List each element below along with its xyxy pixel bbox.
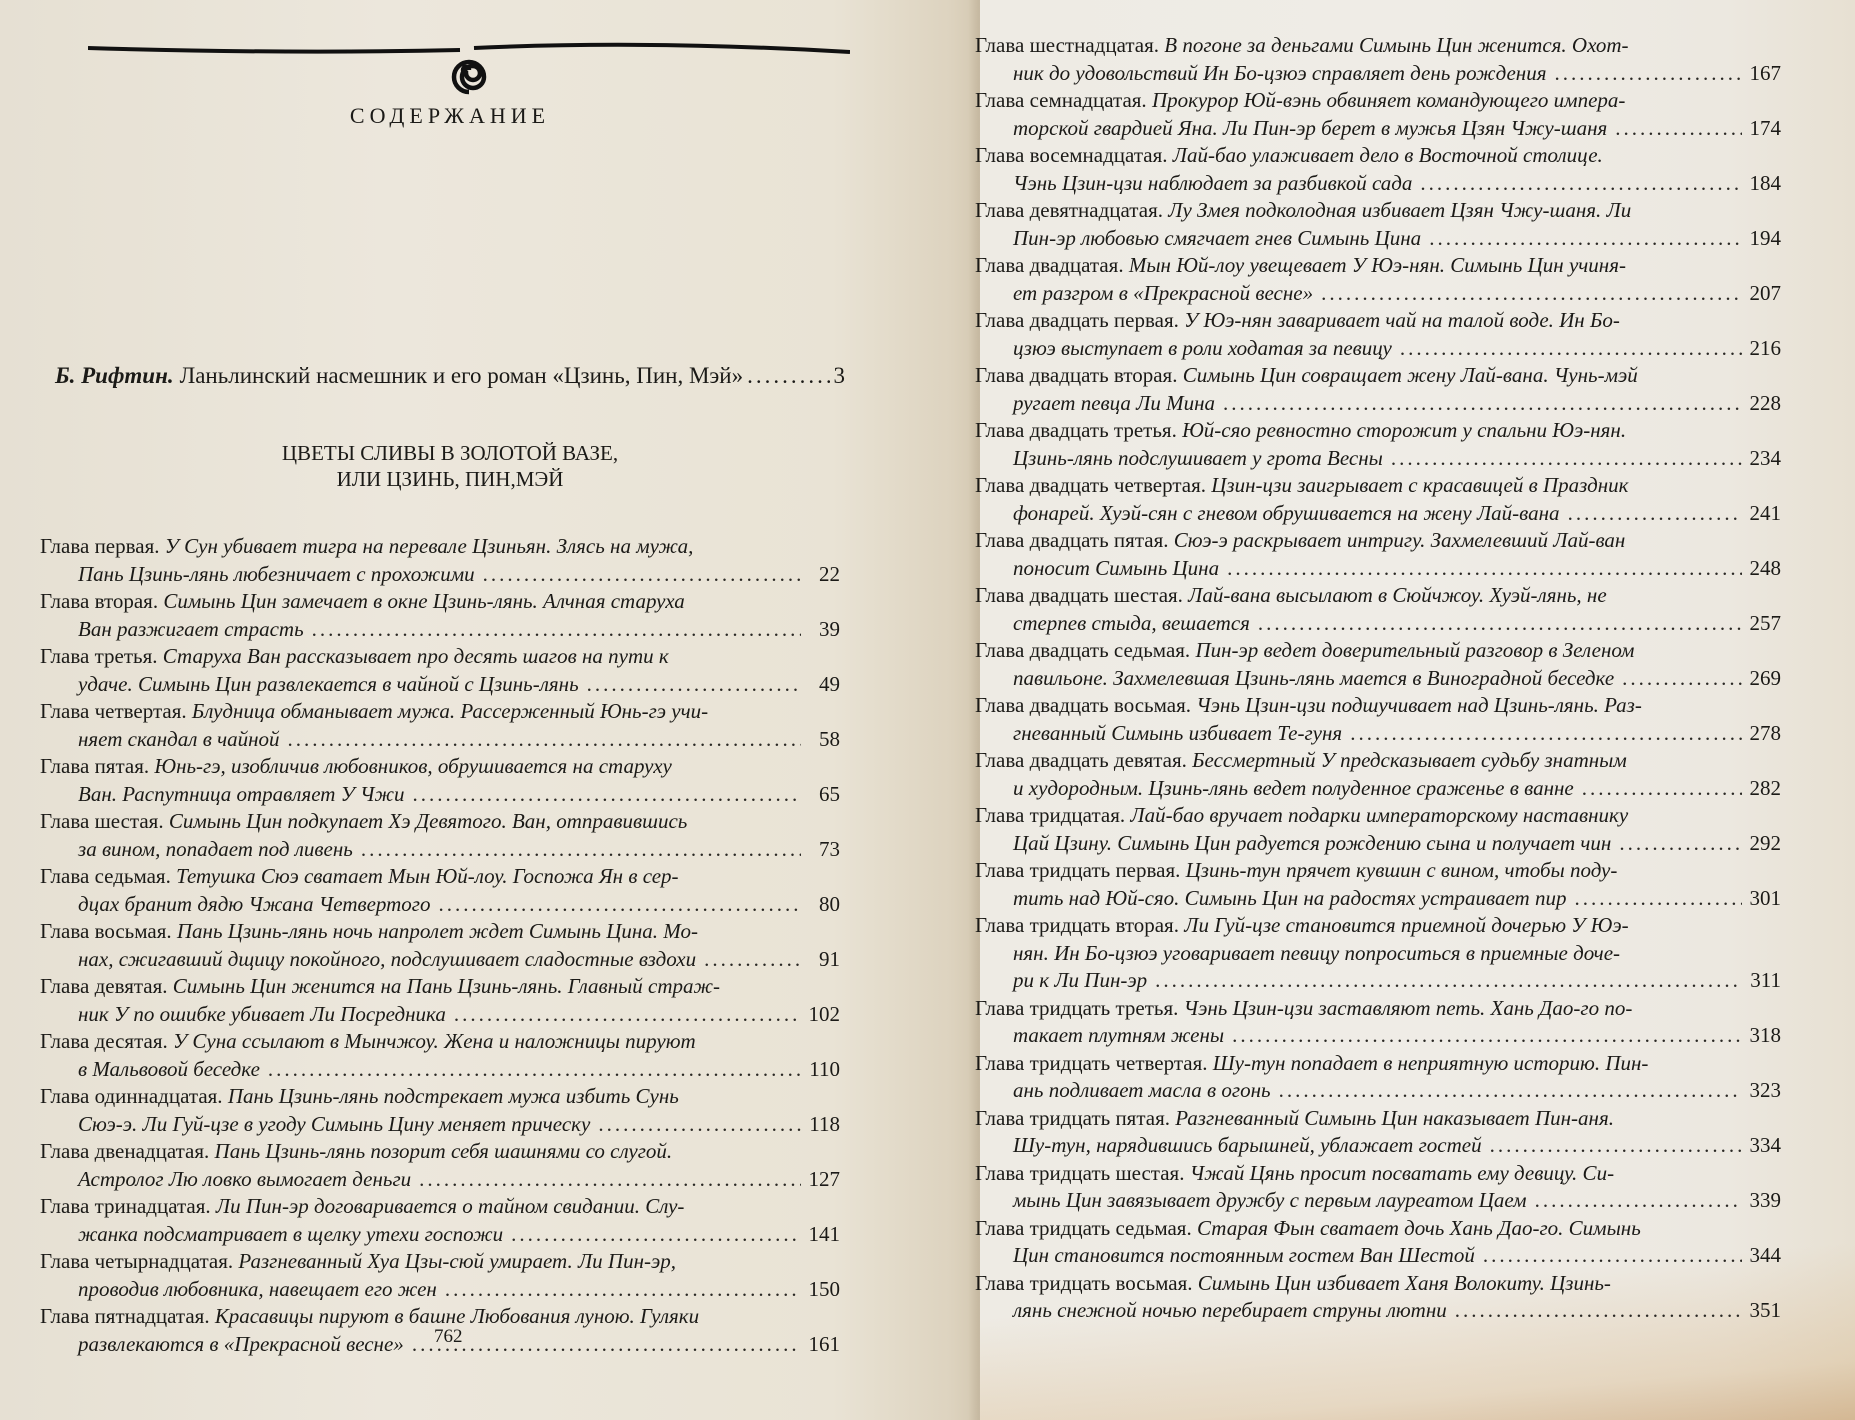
leader-dots: ........................................…	[1420, 170, 1742, 198]
toc-entry[interactable]: Глава четырнадцатая. Разгневанный Хуа Цз…	[40, 1248, 840, 1303]
toc-entry[interactable]: Глава двадцатая. Мын Юй-лоу увещевает У …	[975, 252, 1781, 307]
toc-entry[interactable]: Глава двадцать девятая. Бессмертный У пр…	[975, 747, 1781, 802]
entry-last-line: ник до удовольствий Ин Бо-цзюэ справляет…	[975, 60, 1781, 88]
chapter-summary-continued: мынь Цин завязывает дружбу с первым лаур…	[1013, 1187, 1527, 1215]
entry-first-line: Глава тридцать седьмая. Старая Фын свата…	[975, 1215, 1781, 1243]
chapter-label: Глава четырнадцатая.	[40, 1249, 233, 1273]
chapter-summary-continued: лянь снежной ночью перебирает струны лют…	[1013, 1297, 1447, 1325]
chapter-page-number: 73	[804, 836, 840, 864]
entry-first-line: Глава двадцать седьмая. Пин-эр ведет дов…	[975, 637, 1781, 665]
chapter-summary: Пин-эр ведет доверительный разговор в Зе…	[1195, 638, 1634, 662]
chapter-label: Глава тридцать пятая.	[975, 1106, 1170, 1130]
toc-list-left: Глава первая. У Сун убивает тигра на пер…	[40, 533, 840, 1358]
chapter-label: Глава двадцать восьмая.	[975, 693, 1191, 717]
chapter-summary: Лай-бао вручает подарки императорскому н…	[1130, 803, 1628, 827]
entry-first-line: Глава двадцать шестая. Лай-вана высылают…	[975, 582, 1781, 610]
toc-entry[interactable]: Глава двадцать шестая. Лай-вана высылают…	[975, 582, 1781, 637]
chapter-summary: У Юэ-нян заваривает чай на талой воде. И…	[1184, 308, 1620, 332]
entry-first-line: Глава десятая. У Суна ссылают в Мынчжоу.…	[40, 1028, 840, 1056]
chapter-page-number: 141	[804, 1221, 840, 1249]
chapter-summary: Шу-тун попадает в неприятную историю. Пи…	[1213, 1051, 1649, 1075]
entry-first-line: Глава семнадцатая. Прокурор Юй-вэнь обви…	[975, 87, 1781, 115]
chapter-summary-continued: жанка подсматривает в щелку утехи госпож…	[78, 1221, 503, 1249]
entry-first-line: Глава третья. Старуха Ван рассказывает п…	[40, 643, 840, 671]
chapter-summary: Красавицы пируют в башне Любования луною…	[215, 1304, 699, 1328]
chapter-summary-continued: ри к Ли Пин-эр	[1013, 967, 1147, 995]
chapter-summary: Лай-бао улаживает дело в Восточной столи…	[1173, 143, 1603, 167]
chapter-summary: Юй-сяо ревностно сторожит у спальни Юэ-н…	[1182, 418, 1626, 442]
entry-first-line: Глава тридцать четвертая. Шу-тун попадае…	[975, 1050, 1781, 1078]
chapter-summary: Цзин-цзи заигрывает с красавицей в Празд…	[1211, 473, 1628, 497]
chapter-label: Глава тридцать шестая.	[975, 1161, 1184, 1185]
entry-first-line: Глава седьмая. Тетушка Сюэ сватает Мын Ю…	[40, 863, 840, 891]
page-title: СОДЕРЖАНИЕ	[0, 103, 900, 129]
toc-entry[interactable]: Глава двадцать третья. Юй-сяо ревностно …	[975, 417, 1781, 472]
entry-first-line: Глава двадцать первая. У Юэ-нян заварива…	[975, 307, 1781, 335]
chapter-summary-continued: Цзинь-лянь подслушивает у грота Весны	[1013, 445, 1383, 473]
leader-dots: ........................................…	[1574, 885, 1742, 913]
chapter-summary-continued: торской гвардией Яна. Ли Пин-эр берет в …	[1013, 115, 1607, 143]
entry-last-line: ань подливает масла в огонь.............…	[975, 1077, 1781, 1105]
leader-dots: ........................................…	[704, 946, 801, 974]
chapter-label: Глава двадцать третья.	[975, 418, 1177, 442]
entry-last-line: Пань Цзинь-лянь любезничает с прохожими.…	[40, 561, 840, 589]
chapter-summary: Юнь-гэ, изобличив любовников, обрушивает…	[154, 754, 671, 778]
leader-dots: ........................................…	[1582, 775, 1742, 803]
entry-first-line: Глава тридцать третья. Чэнь Цзин-цзи зас…	[975, 995, 1781, 1023]
entry-first-line: Глава восемнадцатая. Лай-бао улаживает д…	[975, 142, 1781, 170]
toc-entry[interactable]: Глава тридцать вторая. Ли Гуй-цзе станов…	[975, 912, 1781, 995]
chapter-page-number: 318	[1745, 1022, 1781, 1050]
chapter-summary-continued: Сюэ-э. Ли Гуй-цзе в угоду Симынь Цину ме…	[78, 1111, 590, 1139]
chapter-page-number: 216	[1745, 335, 1781, 363]
chapter-summary: Симынь Цин замечает в окне Цзинь-лянь. А…	[163, 589, 684, 613]
entry-first-line: Глава тридцать пятая. Разгневанный Симын…	[975, 1105, 1781, 1133]
toc-entry[interactable]: Глава тридцать восьмая. Симынь Цин избив…	[975, 1270, 1781, 1325]
toc-entry[interactable]: Глава тридцать пятая. Разгневанный Симын…	[975, 1105, 1781, 1160]
chapter-page-number: 161	[804, 1331, 840, 1359]
left-page: СОДЕРЖАНИЕ Б. Рифтин. Ланьлинский насмеш…	[0, 0, 980, 1420]
toc-entry[interactable]: Глава вторая. Симынь Цин замечает в окне…	[40, 588, 840, 643]
chapter-summary: Тетушка Сюэ сватает Мын Юй-лоу. Госпожа …	[176, 864, 678, 888]
entry-last-line: Ван. Распутница отравляет У Чжи.........…	[40, 781, 840, 809]
chapter-summary: Лу Змея подколодная избивает Цзян Чжу-ша…	[1168, 198, 1631, 222]
entry-last-line: лянь снежной ночью перебирает струны лют…	[975, 1297, 1781, 1325]
entry-last-line: ет разгром в «Прекрасной весне».........…	[975, 280, 1781, 308]
toc-entry[interactable]: Глава тридцать первая. Цзинь-тун прячет …	[975, 857, 1781, 912]
chapter-summary-continued: ругает певца Ли Мина	[1013, 390, 1215, 418]
chapter-summary-continued: Ван разжигает страсть	[78, 616, 304, 644]
toc-entry[interactable]: Глава двенадцатая. Пань Цзинь-лянь позор…	[40, 1138, 840, 1193]
leader-dots: ........................................…	[419, 1166, 801, 1194]
chapter-summary-continued: Астролог Лю ловко вымогает деньги	[78, 1166, 411, 1194]
chapter-summary-continued: за вином, попадает под ливень	[78, 836, 353, 864]
toc-entry[interactable]: Глава одиннадцатая. Пань Цзинь-лянь подс…	[40, 1083, 840, 1138]
leader-dots: ........................................…	[587, 671, 801, 699]
chapter-summary-continued: павильоне. Захмелевшая Цзинь-лянь мается…	[1013, 665, 1614, 693]
chapter-page-number: 228	[1745, 390, 1781, 418]
chapter-summary: Симынь Цин избивает Ханя Волокиту. Цзинь…	[1198, 1271, 1611, 1295]
toc-entry[interactable]: Глава четвертая. Блудница обманывает муж…	[40, 698, 840, 753]
chapter-page-number: 311	[1745, 967, 1781, 995]
chapter-page-number: 241	[1745, 500, 1781, 528]
chapter-page-number: 65	[804, 781, 840, 809]
chapter-summary: Чэнь Цзин-цзи заставляют петь. Хань Дао-…	[1184, 996, 1633, 1020]
chapter-label: Глава тринадцатая.	[40, 1194, 211, 1218]
chapter-page-number: 91	[804, 946, 840, 974]
toc-entry[interactable]: Глава тринадцатая. Ли Пин-эр договаривае…	[40, 1193, 840, 1248]
chapter-label: Глава тридцать восьмая.	[975, 1271, 1193, 1295]
chapter-summary-continued: ник до удовольствий Ин Бо-цзюэ справляет…	[1013, 60, 1546, 88]
leader-dots: ........................................…	[1554, 60, 1742, 88]
chapter-summary: У Суна ссылают в Мынчжоу. Жена и наложни…	[173, 1029, 696, 1053]
chapter-summary-continued: тить над Юй-сяо. Симынь Цин на радостях …	[1013, 885, 1566, 913]
toc-entry[interactable]: Глава двадцать восьмая. Чэнь Цзин-цзи по…	[975, 692, 1781, 747]
chapter-summary-continued: нах, сжигавший дщицу покойного, подслуши…	[78, 946, 696, 974]
chapter-summary-continued: проводив любовника, навещает его жен	[78, 1276, 437, 1304]
chapter-label: Глава двадцать седьмая.	[975, 638, 1190, 662]
leader-dots: ........................................…	[1223, 390, 1742, 418]
chapter-label: Глава седьмая.	[40, 864, 171, 888]
leader-dots: ........................................…	[361, 836, 801, 864]
toc-entry[interactable]: Глава первая. У Сун убивает тигра на пер…	[40, 533, 840, 588]
chapter-label: Глава тридцатая.	[975, 803, 1125, 827]
entry-first-line: Глава вторая. Симынь Цин замечает в окне…	[40, 588, 840, 616]
toc-entry[interactable]: Глава тридцать третья. Чэнь Цзин-цзи зас…	[975, 995, 1781, 1050]
entry-last-line: мынь Цин завязывает дружбу с первым лаур…	[975, 1187, 1781, 1215]
chapter-summary-continued: в Мальвовой беседке	[78, 1056, 260, 1084]
chapter-label: Глава шестнадцатая.	[975, 33, 1159, 57]
chapter-page-number: 110	[804, 1056, 840, 1084]
chapter-label: Глава тридцать первая.	[975, 858, 1180, 882]
chapter-summary-continued: Чэнь Цзин-цзи наблюдает за разбивкой сад…	[1013, 170, 1412, 198]
entry-last-line: Чэнь Цзин-цзи наблюдает за разбивкой сад…	[975, 170, 1781, 198]
leader-dots: ........................................…	[1350, 720, 1742, 748]
chapter-page-number: 22	[804, 561, 840, 589]
chapter-page-number: 234	[1745, 445, 1781, 473]
chapter-label: Глава двадцать четвертая.	[975, 473, 1206, 497]
entry-last-line: Шу-тун, нарядившись барышней, ублажает г…	[975, 1132, 1781, 1160]
toc-list-right: Глава шестнадцатая. В погоне за деньгами…	[975, 32, 1781, 1325]
entry-last-line: удаче. Симынь Цин развлекается в чайной …	[40, 671, 840, 699]
chapter-summary: Ли Гуй-цзе становится приемной дочерью У…	[1184, 913, 1628, 937]
toc-entry[interactable]: Глава восемнадцатая. Лай-бао улаживает д…	[975, 142, 1781, 197]
entry-first-line: Глава двадцать третья. Юй-сяо ревностно …	[975, 417, 1781, 445]
entry-last-line: такает плутням жены.....................…	[975, 1022, 1781, 1050]
leader-dots: ........................................…	[1568, 500, 1742, 528]
chapter-page-number: 351	[1745, 1297, 1781, 1325]
entry-first-line: Глава четырнадцатая. Разгневанный Хуа Цз…	[40, 1248, 840, 1276]
chapter-page-number: 334	[1745, 1132, 1781, 1160]
entry-last-line: няет скандал в чайной...................…	[40, 726, 840, 754]
chapter-label: Глава восьмая.	[40, 919, 172, 943]
leader-dots: ........................................…	[1490, 1132, 1742, 1160]
entry-last-line: нах, сжигавший дщицу покойного, подслуши…	[40, 946, 840, 974]
chapter-summary: Пань Цзинь-лянь ночь напролет ждет Симын…	[177, 919, 698, 943]
chapter-label: Глава четвертая.	[40, 699, 187, 723]
entry-first-line: Глава девятнадцатая. Лу Змея подколодная…	[975, 197, 1781, 225]
chapter-summary: Ли Пин-эр договаривается о тайном свидан…	[216, 1194, 684, 1218]
entry-last-line: торской гвардией Яна. Ли Пин-эр берет в …	[975, 115, 1781, 143]
chapter-label: Глава пятая.	[40, 754, 149, 778]
chapter-summary: Бессмертный У предсказывает судьбу знатн…	[1192, 748, 1627, 772]
chapter-label: Глава двадцатая.	[975, 253, 1124, 277]
chapter-summary: Пань Цзинь-лянь подстрекает мужа избить …	[228, 1084, 679, 1108]
toc-entry[interactable]: Глава двадцать четвертая. Цзин-цзи заигр…	[975, 472, 1781, 527]
entry-first-line: Глава восьмая. Пань Цзинь-лянь ночь напр…	[40, 918, 840, 946]
toc-entry[interactable]: Глава двадцать вторая. Симынь Цин совращ…	[975, 362, 1781, 417]
entry-first-line: Глава шестнадцатая. В погоне за деньгами…	[975, 32, 1781, 60]
leader-dots: ........................................…	[445, 1276, 801, 1304]
entry-last-line: Цин становится постоянным гостем Ван Шес…	[975, 1242, 1781, 1270]
entry-first-line: Глава тридцать первая. Цзинь-тун прячет …	[975, 857, 1781, 885]
toc-entry[interactable]: Глава тридцать седьмая. Старая Фын свата…	[975, 1215, 1781, 1270]
entry-last-line: Астролог Лю ловко вымогает деньги.......…	[40, 1166, 840, 1194]
entry-first-line: Глава тридцатая. Лай-бао вручает подарки…	[975, 802, 1781, 830]
chapter-label: Глава тридцать седьмая.	[975, 1216, 1192, 1240]
leader-dots: ........................................…	[1321, 280, 1742, 308]
chapter-label: Глава шестая.	[40, 809, 164, 833]
chapter-summary: Пань Цзинь-лянь позорит себя шашнями со …	[215, 1139, 673, 1163]
chapter-summary-continued: Пин-эр любовью смягчает гнев Симынь Цина	[1013, 225, 1421, 253]
chapter-page-number: 80	[804, 891, 840, 919]
chapter-label: Глава двенадцатая.	[40, 1139, 209, 1163]
leader-dots: ........................................…	[288, 726, 801, 754]
entry-last-line: ник У по ошибке убивает Ли Посредника...…	[40, 1001, 840, 1029]
entry-first-line: Глава первая. У Сун убивает тигра на пер…	[40, 533, 840, 561]
entry-first-line: Глава шестая. Симынь Цин подкупает Хэ Де…	[40, 808, 840, 836]
chapter-label: Глава девятая.	[40, 974, 168, 998]
chapter-summary: Симынь Цин совращает жену Лай-вана. Чунь…	[1183, 363, 1638, 387]
chapter-page-number: 49	[804, 671, 840, 699]
entry-last-line: Пин-эр любовью смягчает гнев Симынь Цина…	[975, 225, 1781, 253]
entry-last-line: стерпев стыда, вешается.................…	[975, 610, 1781, 638]
entry-last-line: за вином, попадает под ливень...........…	[40, 836, 840, 864]
chapter-summary-continued: и худородным. Цзинь-лянь ведет полуденно…	[1013, 775, 1574, 803]
toc-entry[interactable]: Глава девятая. Симынь Цин женится на Пан…	[40, 973, 840, 1028]
chapter-summary: Прокурор Юй-вэнь обвиняет командующего и…	[1152, 88, 1625, 112]
entry-first-line: Глава пятая. Юнь-гэ, изобличив любовнико…	[40, 753, 840, 781]
entry-first-line: Глава двадцать девятая. Бессмертный У пр…	[975, 747, 1781, 775]
entry-first-line: Глава одиннадцатая. Пань Цзинь-лянь подс…	[40, 1083, 840, 1111]
page-number-folio: 762	[434, 1326, 463, 1348]
chapter-page-number: 292	[1745, 830, 1781, 858]
entry-last-line: поносит Симынь Цина.....................…	[975, 555, 1781, 583]
leader-dots: ........................................…	[1619, 830, 1742, 858]
leader-dots: ........................................…	[439, 891, 802, 919]
intro-entry[interactable]: Б. Рифтин. Ланьлинский насмешник и его р…	[55, 363, 845, 389]
entry-first-line: Глава двадцать пятая. Сюэ-э раскрывает и…	[975, 527, 1781, 555]
entry-last-line: проводив любовника, навещает его жен....…	[40, 1276, 840, 1304]
chapter-page-number: 194	[1745, 225, 1781, 253]
entry-last-line: павильоне. Захмелевшая Цзинь-лянь мается…	[975, 665, 1781, 693]
chapter-summary-continued: Пань Цзинь-лянь любезничает с прохожими	[78, 561, 475, 589]
leader-dots: ........................................…	[1535, 1187, 1742, 1215]
chapter-summary-continued: дцах бранит дядю Чжана Четвертого	[78, 891, 431, 919]
intro-title: Ланьлинский насмешник и его роман «Цзинь…	[180, 363, 743, 389]
section-title: ЦВЕТЫ СЛИВЫ В ЗОЛОТОЙ ВАЗЕ, ИЛИ ЦЗИНЬ, П…	[0, 440, 900, 492]
entry-last-line: Ван разжигает страсть...................…	[40, 616, 840, 644]
entry-last-line: Сюэ-э. Ли Гуй-цзе в угоду Симынь Цину ме…	[40, 1111, 840, 1139]
leader-dots: ........................................…	[1155, 967, 1742, 995]
toc-entry[interactable]: Глава семнадцатая. Прокурор Юй-вэнь обви…	[975, 87, 1781, 142]
chapter-label: Глава семнадцатая.	[975, 88, 1147, 112]
leader-dots: ........................................…	[511, 1221, 801, 1249]
entry-last-line: фонарей. Хуэй-сян с гневом обрушивается …	[975, 500, 1781, 528]
leader-dots: ........................................…	[1391, 445, 1742, 473]
toc-entry[interactable]: Глава двадцать первая. У Юэ-нян заварива…	[975, 307, 1781, 362]
toc-entry[interactable]: Глава тридцать шестая. Чжай Цянь просит …	[975, 1160, 1781, 1215]
chapter-summary-continued: ет разгром в «Прекрасной весне»	[1013, 280, 1313, 308]
entry-last-line: тить над Юй-сяо. Симынь Цин на радостях …	[975, 885, 1781, 913]
chapter-label: Глава одиннадцатая.	[40, 1084, 223, 1108]
toc-entry[interactable]: Глава тридцатая. Лай-бао вручает подарки…	[975, 802, 1781, 857]
chapter-summary: Лай-вана высылают в Сюйчжоу. Хуэй-лянь, …	[1188, 583, 1607, 607]
chapter-page-number: 127	[804, 1166, 840, 1194]
toc-entry[interactable]: Глава седьмая. Тетушка Сюэ сватает Мын Ю…	[40, 863, 840, 918]
chapter-summary-continued: цзюэ выступает в роли ходатая за певицу	[1013, 335, 1392, 363]
leader-dots: ........................................…	[1227, 555, 1742, 583]
chapter-page-number: 301	[1745, 885, 1781, 913]
toc-entry[interactable]: Глава девятнадцатая. Лу Змея подколодная…	[975, 197, 1781, 252]
toc-entry[interactable]: Глава двадцать седьмая. Пин-эр ведет дов…	[975, 637, 1781, 692]
chapter-label: Глава десятая.	[40, 1029, 168, 1053]
chapter-summary-continued: фонарей. Хуэй-сян с гневом обрушивается …	[1013, 500, 1560, 528]
entry-last-line: и худородным. Цзинь-лянь ведет полуденно…	[975, 775, 1781, 803]
entry-first-line: Глава тридцать вторая. Ли Гуй-цзе станов…	[975, 912, 1781, 940]
chapter-page-number: 257	[1745, 610, 1781, 638]
chapter-label: Глава восемнадцатая.	[975, 143, 1167, 167]
chapter-summary-continued: няет скандал в чайной	[78, 726, 280, 754]
entry-last-line: ри к Ли Пин-эр..........................…	[975, 967, 1781, 995]
leader-dots: ........................................…	[413, 781, 801, 809]
chapter-summary-continued: развлекаются в «Прекрасной весне»	[78, 1331, 404, 1359]
chapter-summary: Старая Фын сватает дочь Хань Дао-го. Сим…	[1197, 1216, 1641, 1240]
chapter-label: Глава двадцать девятая.	[975, 748, 1187, 772]
chapter-summary: В погоне за деньгами Симынь Цин женится.…	[1164, 33, 1628, 57]
toc-entry[interactable]: Глава восьмая. Пань Цзинь-лянь ночь напр…	[40, 918, 840, 973]
entry-first-line: Глава четвертая. Блудница обманывает муж…	[40, 698, 840, 726]
leader-dots: ..................	[747, 363, 829, 389]
entry-first-line: Глава двадцать восьмая. Чэнь Цзин-цзи по…	[975, 692, 1781, 720]
chapter-summary: Разгневанный Симынь Цин наказывает Пин-а…	[1175, 1106, 1614, 1130]
chapter-page-number: 174	[1745, 115, 1781, 143]
entry-last-line: Цзинь-лянь подслушивает у грота Весны...…	[975, 445, 1781, 473]
chapter-summary: Мын Юй-лоу увещевает У Юэ-нян. Симынь Ци…	[1129, 253, 1626, 277]
entry-last-line: жанка подсматривает в щелку утехи госпож…	[40, 1221, 840, 1249]
toc-entry[interactable]: Глава пятая. Юнь-гэ, изобличив любовнико…	[40, 753, 840, 808]
chapter-label: Глава третья.	[40, 644, 158, 668]
toc-entry[interactable]: Глава двадцать пятая. Сюэ-э раскрывает и…	[975, 527, 1781, 582]
chapter-label: Глава двадцать вторая.	[975, 363, 1177, 387]
chapter-summary-continued: Цай Цзину. Симынь Цин радуется рождению …	[1013, 830, 1611, 858]
chapter-page-number: 269	[1745, 665, 1781, 693]
leader-dots: ........................................…	[1483, 1242, 1742, 1270]
entry-first-line: Глава тринадцатая. Ли Пин-эр договаривае…	[40, 1193, 840, 1221]
entry-last-line: гневанный Симынь избивает Те-гуня.......…	[975, 720, 1781, 748]
chapter-page-number: 39	[804, 616, 840, 644]
chapter-page-number: 323	[1745, 1077, 1781, 1105]
chapter-page-number: 339	[1745, 1187, 1781, 1215]
chapter-summary: У Сун убивает тигра на перевале Цзиньян.…	[165, 534, 694, 558]
chapter-label: Глава тридцать вторая.	[975, 913, 1179, 937]
toc-entry[interactable]: Глава шестнадцатая. В погоне за деньгами…	[975, 32, 1781, 87]
entry-first-line: Глава двенадцатая. Пань Цзинь-лянь позор…	[40, 1138, 840, 1166]
leader-dots: ........................................…	[1615, 115, 1742, 143]
chapter-page-number: 248	[1745, 555, 1781, 583]
chapter-label: Глава пятнадцатая.	[40, 1304, 210, 1328]
chapter-summary: Симынь Цин женится на Пань Цзинь-лянь. Г…	[173, 974, 720, 998]
chapter-summary-continued: ник У по ошибке убивает Ли Посредника	[78, 1001, 446, 1029]
leader-dots: ........................................…	[483, 561, 801, 589]
toc-entry[interactable]: Глава тридцать четвертая. Шу-тун попадае…	[975, 1050, 1781, 1105]
leader-dots: ........................................…	[1232, 1022, 1742, 1050]
chapter-summary-continued: нян. Ин Бо-цзюэ уговаривает певицу попро…	[975, 940, 1781, 968]
toc-entry[interactable]: Глава шестая. Симынь Цин подкупает Хэ Де…	[40, 808, 840, 863]
entry-last-line: Цай Цзину. Симынь Цин радуется рождению …	[975, 830, 1781, 858]
chapter-label: Глава двадцать шестая.	[975, 583, 1183, 607]
chapter-label: Глава вторая.	[40, 589, 158, 613]
chapter-summary: Симынь Цин подкупает Хэ Девятого. Ван, о…	[169, 809, 688, 833]
intro-page-number: 3	[834, 363, 846, 389]
spiral-scroll-icon	[88, 40, 850, 100]
chapter-summary: Чжай Цянь просит посватать ему девицу. С…	[1190, 1161, 1614, 1185]
chapter-summary-continued: такает плутням жены	[1013, 1022, 1224, 1050]
leader-dots: ........................................…	[1279, 1077, 1742, 1105]
chapter-page-number: 344	[1745, 1242, 1781, 1270]
entry-last-line: дцах бранит дядю Чжана Четвертого.......…	[40, 891, 840, 919]
entry-first-line: Глава девятая. Симынь Цин женится на Пан…	[40, 973, 840, 1001]
chapter-page-number: 282	[1745, 775, 1781, 803]
chapter-summary-continued: стерпев стыда, вешается	[1013, 610, 1250, 638]
chapter-page-number: 167	[1745, 60, 1781, 88]
chapter-page-number: 118	[804, 1111, 840, 1139]
chapter-page-number: 184	[1745, 170, 1781, 198]
leader-dots: ........................................…	[1429, 225, 1742, 253]
chapter-summary-continued: Ван. Распутница отравляет У Чжи	[78, 781, 405, 809]
leader-dots: ........................................…	[412, 1331, 801, 1359]
chapter-summary: Чэнь Цзин-цзи подшучивает над Цзинь-лянь…	[1196, 693, 1642, 717]
chapter-page-number: 207	[1745, 280, 1781, 308]
entry-last-line: цзюэ выступает в роли ходатая за певицу.…	[975, 335, 1781, 363]
intro-author: Б. Рифтин.	[55, 363, 174, 389]
entry-first-line: Глава тридцать восьмая. Симынь Цин избив…	[975, 1270, 1781, 1298]
toc-entry[interactable]: Глава десятая. У Суна ссылают в Мынчжоу.…	[40, 1028, 840, 1083]
chapter-page-number: 278	[1745, 720, 1781, 748]
section-title-line2: ИЛИ ЦЗИНЬ, ПИН,МЭЙ	[0, 466, 900, 492]
chapter-summary: Цзинь-тун прячет кувшин с вином, чтобы п…	[1186, 858, 1618, 882]
entry-first-line: Глава двадцатая. Мын Юй-лоу увещевает У …	[975, 252, 1781, 280]
leader-dots: ........................................…	[1400, 335, 1742, 363]
chapter-summary-continued: Шу-тун, нарядившись барышней, ублажает г…	[1013, 1132, 1482, 1160]
leader-dots: ........................................…	[1258, 610, 1742, 638]
chapter-summary-continued: удаче. Симынь Цин развлекается в чайной …	[78, 671, 579, 699]
entry-last-line: в Мальвовой беседке.....................…	[40, 1056, 840, 1084]
chapter-summary: Старуха Ван рассказывает про десять шаго…	[163, 644, 669, 668]
leader-dots: ........................................…	[312, 616, 801, 644]
section-title-line1: ЦВЕТЫ СЛИВЫ В ЗОЛОТОЙ ВАЗЕ,	[0, 440, 900, 466]
chapter-page-number: 150	[804, 1276, 840, 1304]
leader-dots: ........................................…	[598, 1111, 801, 1139]
chapter-page-number: 102	[804, 1001, 840, 1029]
leader-dots: ........................................…	[454, 1001, 801, 1029]
toc-entry[interactable]: Глава третья. Старуха Ван рассказывает п…	[40, 643, 840, 698]
chapter-label: Глава девятнадцатая.	[975, 198, 1163, 222]
chapter-label: Глава тридцать третья.	[975, 996, 1178, 1020]
entry-last-line: ругает певца Ли Мина....................…	[975, 390, 1781, 418]
chapter-summary-continued: поносит Симынь Цина	[1013, 555, 1219, 583]
chapter-label: Глава первая.	[40, 534, 160, 558]
